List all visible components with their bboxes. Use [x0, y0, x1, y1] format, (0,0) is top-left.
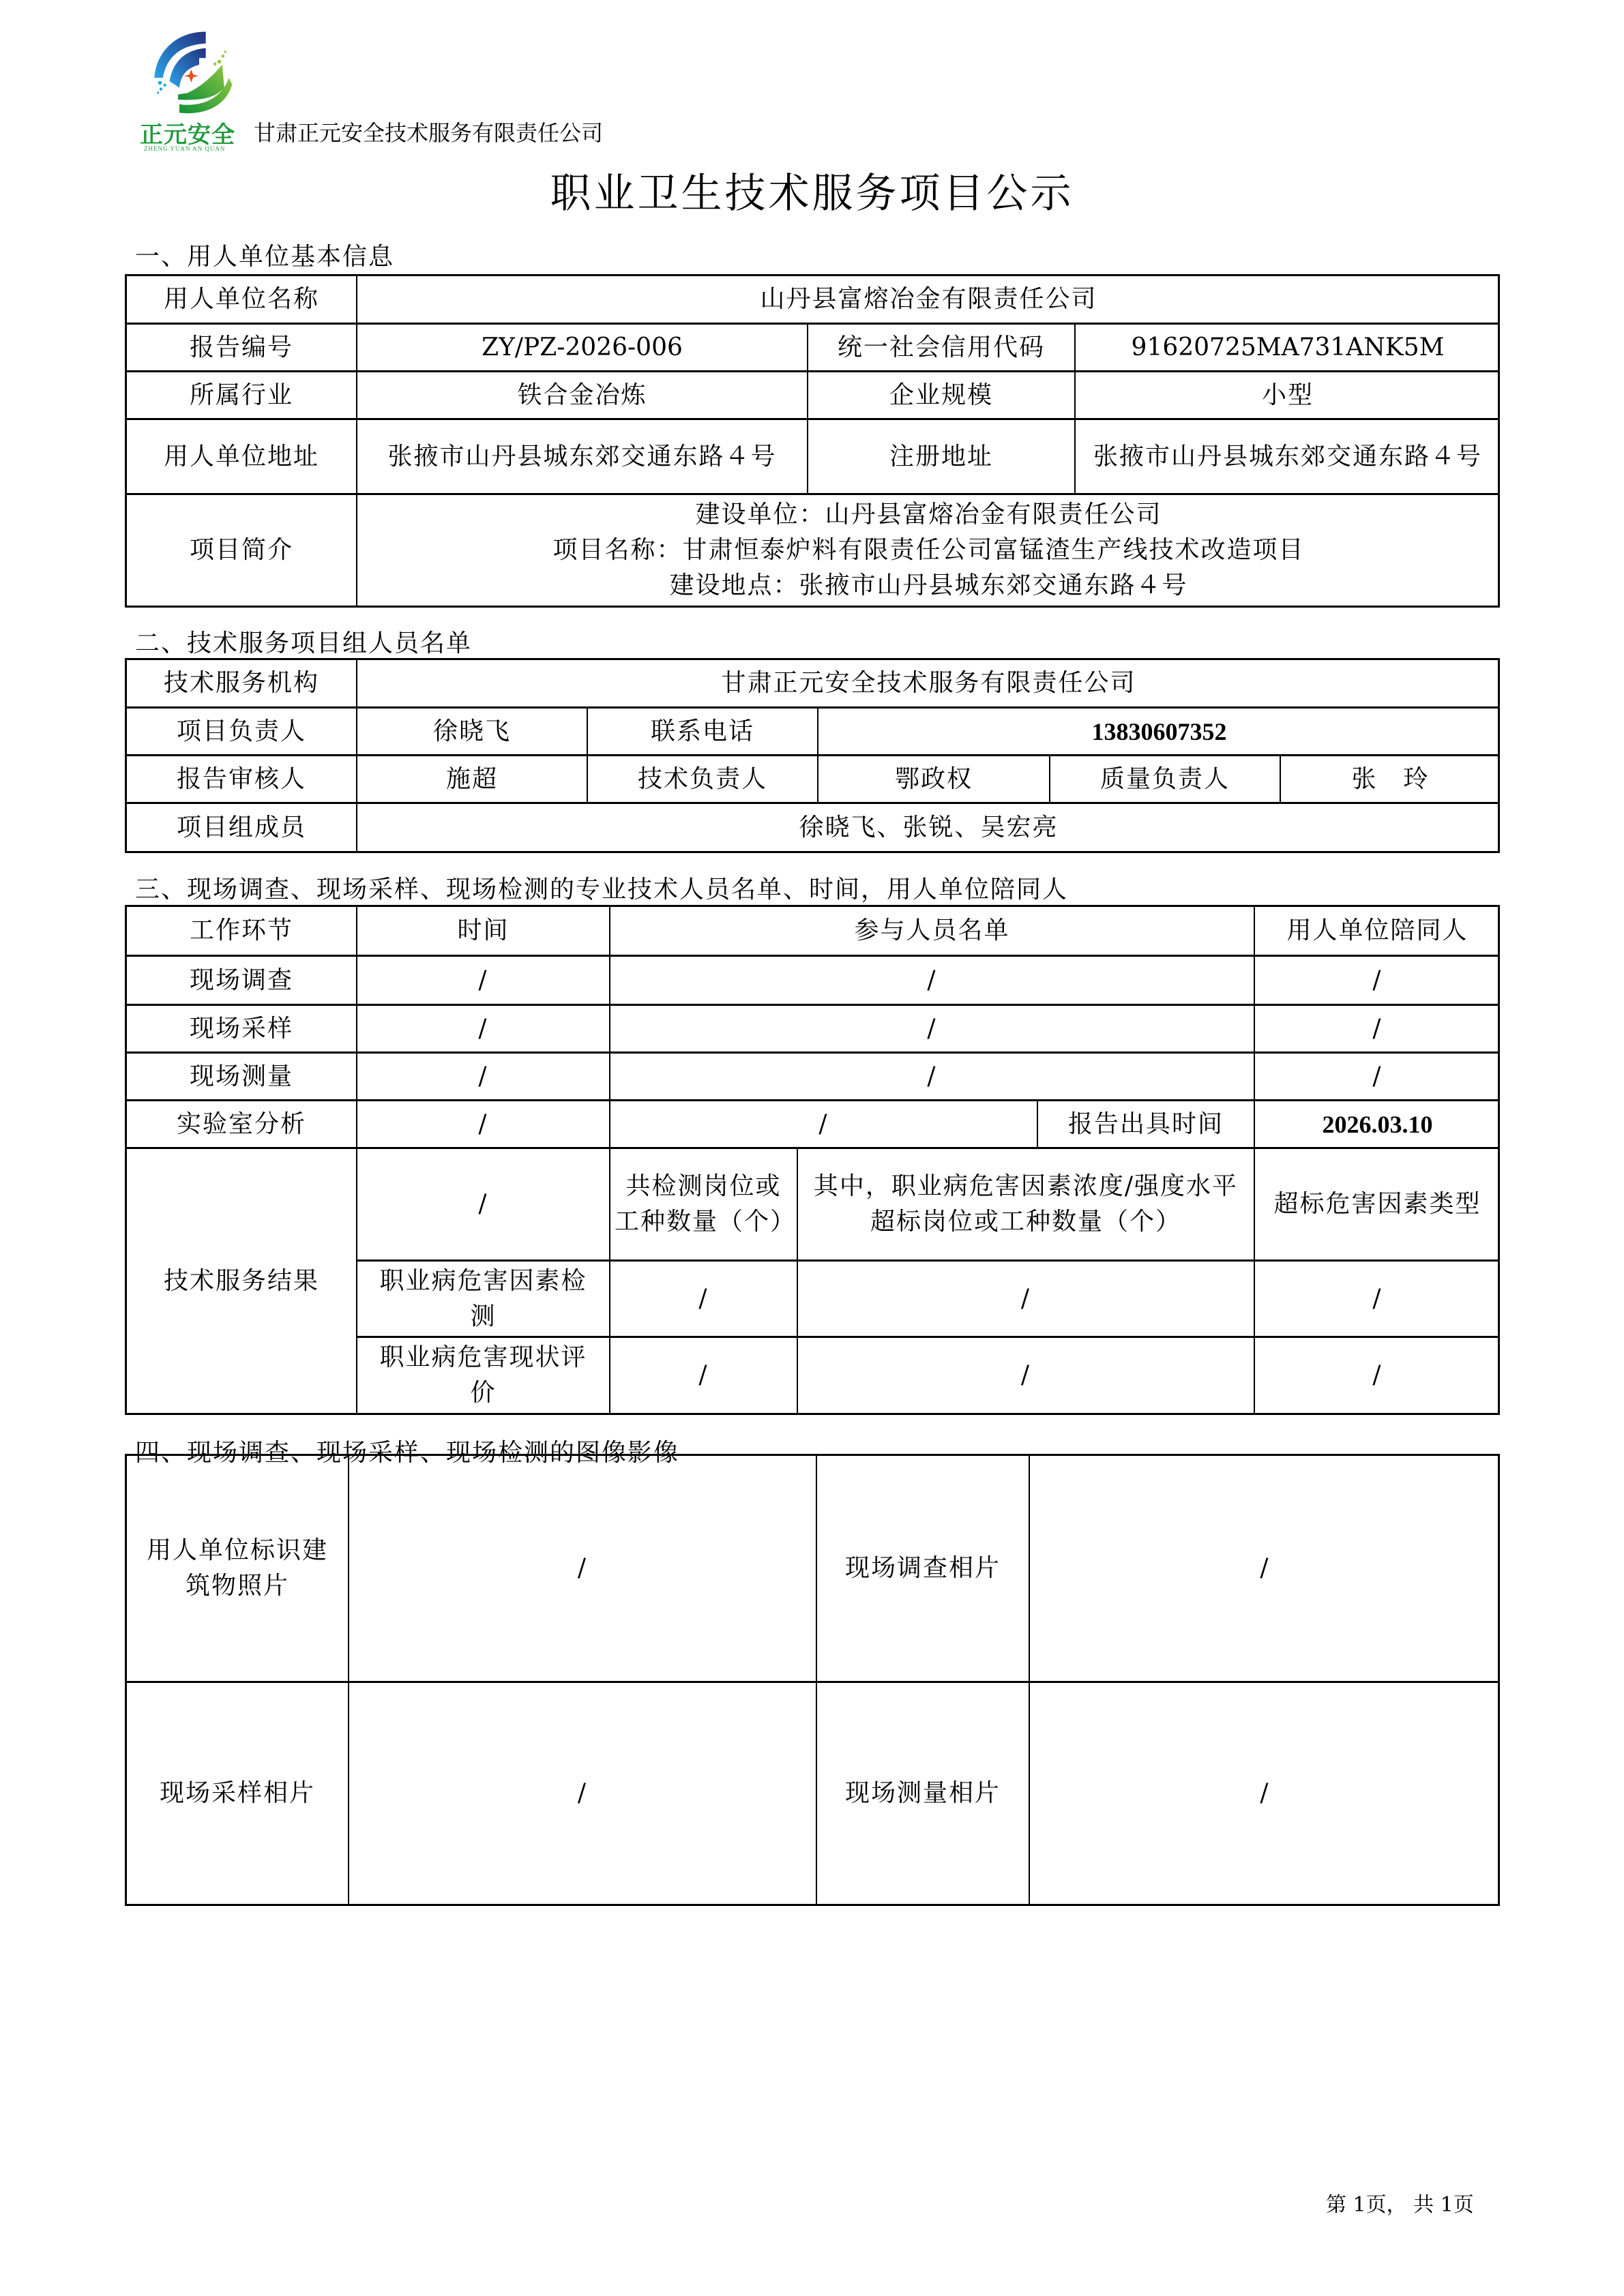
sampling-people: /	[609, 1004, 1254, 1052]
detection-type: /	[1254, 1259, 1500, 1336]
reg-address: 张掖市山丹县城东郊交通东路４号	[1074, 418, 1500, 493]
result-item-evaluation: 职业病危害现状评价	[356, 1336, 609, 1413]
survey-people: /	[609, 955, 1254, 1004]
project-intro: 建设单位：山丹县富熔冶金有限责任公司 项目名称：甘肃恒泰炉料有限责任公司富锰渣生…	[356, 493, 1500, 606]
address-label: 用人单位地址	[127, 418, 356, 493]
lab-people: /	[609, 1099, 1037, 1147]
members: 徐晓飞、张锐、吴宏亮	[356, 802, 1500, 851]
address: 张掖市山丹县城东郊交通东路４号	[356, 418, 807, 493]
section3-heading: 三、现场调查、现场采样、现场检测的专业技术人员名单、时间，用人单位陪同人	[135, 870, 1068, 905]
photo-table: 用人单位标识建筑物照片 / 现场调查相片 / 现场采样相片 / 现场测量相片 /	[125, 1454, 1500, 1906]
results-header-exceed: 其中，职业病危害因素浓度/强度水平超标岗位或工种数量（个）	[797, 1147, 1254, 1259]
team-table: 技术服务机构 甘肃正元安全技术服务有限责任公司 项目负责人 徐晓飞 联系电话 1…	[125, 658, 1500, 853]
building-photo-label: 用人单位标识建筑物照片	[127, 1456, 348, 1681]
field-work-table: 工作环节 时间 参与人员名单 用人单位陪同人 现场调查 / / / 现场采样 /…	[125, 905, 1500, 1415]
survey-escort: /	[1254, 955, 1500, 1004]
phone: 13830607352	[817, 706, 1500, 754]
company-name: 甘肃正元安全技术服务有限责任公司	[254, 116, 603, 147]
stage-survey: 现场调查	[127, 955, 356, 1004]
col-header-escort: 用人单位陪同人	[1254, 907, 1500, 955]
survey-photo: /	[1029, 1456, 1500, 1681]
evaluation-exceed: /	[797, 1336, 1254, 1413]
employer-name: 山丹县富熔冶金有限责任公司	[356, 276, 1500, 323]
stage-lab: 实验室分析	[127, 1099, 356, 1147]
company-logo-icon	[140, 22, 239, 121]
credit-code: 91620725MA731ANK5M	[1074, 323, 1500, 370]
stage-sampling: 现场采样	[127, 1004, 356, 1052]
project-intro-line: 建设地点：张掖市山丹县城东郊交通东路４号	[669, 568, 1187, 603]
section2-heading: 二、技术服务项目组人员名单	[135, 624, 472, 659]
survey-time: /	[356, 955, 609, 1004]
logo-text: 正元安全	[140, 116, 242, 149]
scale: 小型	[1074, 370, 1500, 418]
report-no: ZY/PZ-2026-006	[356, 323, 807, 370]
reviewer: 施超	[356, 754, 587, 802]
quality-lead: 张 玲	[1280, 754, 1500, 802]
section1-heading: 一、用人单位基本信息	[135, 237, 394, 272]
sampling-photo: /	[348, 1681, 816, 1904]
lab-time: /	[356, 1099, 609, 1147]
project-intro-line: 项目名称：甘肃恒泰炉料有限责任公司富锰渣生产线技术改造项目	[552, 533, 1304, 568]
project-intro-label: 项目简介	[127, 493, 356, 606]
results-header-count: 共检测岗位或工种数量（个）	[609, 1147, 797, 1259]
org: 甘肃正元安全技术服务有限责任公司	[356, 660, 1500, 706]
sampling-photo-label: 现场采样相片	[127, 1681, 348, 1904]
evaluation-type: /	[1254, 1336, 1500, 1413]
sampling-escort: /	[1254, 1004, 1500, 1052]
building-photo: /	[348, 1456, 816, 1681]
tech-lead: 鄂政权	[817, 754, 1049, 802]
report-no-label: 报告编号	[127, 323, 356, 370]
reg-address-label: 注册地址	[807, 418, 1074, 493]
reviewer-label: 报告审核人	[127, 754, 356, 802]
leader-label: 项目负责人	[127, 706, 356, 754]
scale-label: 企业规模	[807, 370, 1074, 418]
logo-subtext: ZHENG YUAN AN QUAN	[144, 145, 225, 152]
quality-lead-label: 质量负责人	[1049, 754, 1280, 802]
sampling-time: /	[356, 1004, 609, 1052]
stage-measure: 现场测量	[127, 1052, 356, 1099]
employer-info-table: 用人单位名称 山丹县富熔冶金有限责任公司 报告编号 ZY/PZ-2026-006…	[125, 274, 1500, 608]
report-time: 2026.03.10	[1254, 1099, 1500, 1147]
industry: 铁合金冶炼	[356, 370, 807, 418]
measure-time: /	[356, 1052, 609, 1099]
project-intro-line: 建设单位：山丹县富熔冶金有限责任公司	[695, 497, 1162, 533]
leader: 徐晓飞	[356, 706, 587, 754]
results-label: 技术服务结果	[127, 1147, 356, 1413]
phone-label: 联系电话	[587, 706, 817, 754]
measure-escort: /	[1254, 1052, 1500, 1099]
result-item-detection: 职业病危害因素检测	[356, 1259, 609, 1336]
tech-lead-label: 技术负责人	[587, 754, 817, 802]
measure-people: /	[609, 1052, 1254, 1099]
page-info: 第 1页， 共 1页	[1326, 2188, 1474, 2218]
evaluation-count: /	[609, 1336, 797, 1413]
employer-name-label: 用人单位名称	[127, 276, 356, 323]
measure-photo-label: 现场测量相片	[816, 1681, 1029, 1904]
col-header-stage: 工作环节	[127, 907, 356, 955]
measure-photo: /	[1029, 1681, 1500, 1904]
page-title: 职业卫生技术服务项目公示	[0, 161, 1624, 220]
industry-label: 所属行业	[127, 370, 356, 418]
members-label: 项目组成员	[127, 802, 356, 851]
detection-exceed: /	[797, 1259, 1254, 1336]
results-header-type: 超标危害因素类型	[1254, 1147, 1500, 1259]
results-header-blank: /	[356, 1147, 609, 1259]
org-label: 技术服务机构	[127, 660, 356, 706]
credit-code-label: 统一社会信用代码	[807, 323, 1074, 370]
report-time-label: 报告出具时间	[1037, 1099, 1254, 1147]
col-header-people: 参与人员名单	[609, 907, 1254, 955]
col-header-time: 时间	[356, 907, 609, 955]
detection-count: /	[609, 1259, 797, 1336]
survey-photo-label: 现场调查相片	[816, 1456, 1029, 1681]
